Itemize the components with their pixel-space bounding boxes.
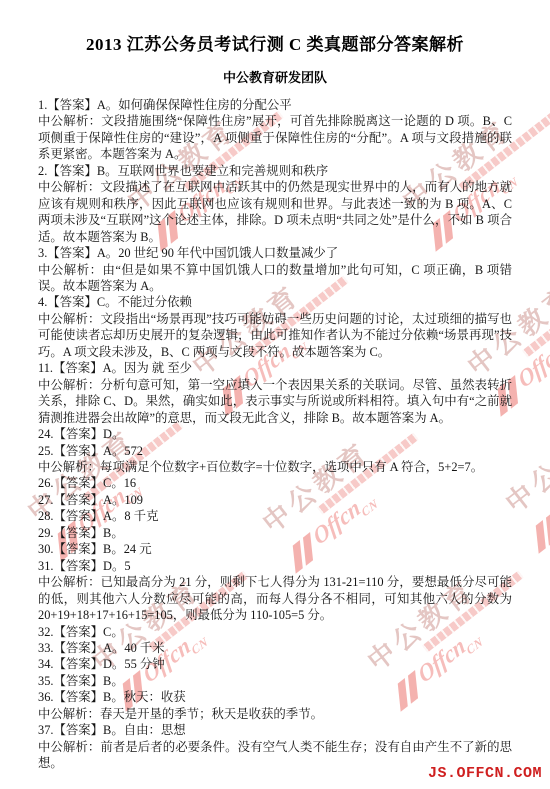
answer-line-q34: 34.【答案】D。55 分钟 xyxy=(38,656,512,672)
answer-line-q33: 33.【答案】A。40 千米 xyxy=(38,640,512,656)
answer-line-q25: 25.【答案】A。572 xyxy=(38,443,512,459)
analysis-q25: 中公解析：每项满足个位数字+百位数字=十位数字，选项中只有 A 符合，5+2=7… xyxy=(38,459,512,475)
page-title: 2013 江苏公务员考试行测 C 类真题部分答案解析 xyxy=(0,30,550,55)
answer-line-q3: 3.【答案】A。20 世纪 90 年代中国饥饿人口数量减少了 xyxy=(38,245,512,261)
analysis-q11: 中公解析：分析句意可知，第一空应填入一个表因果关系的关联词。尽管、虽然表转折关系… xyxy=(38,377,512,426)
watermark-ribbon xyxy=(522,276,550,358)
answer-line-q24: 24.【答案】D。 xyxy=(38,426,512,442)
answer-line-q31: 31.【答案】D。5 xyxy=(38,558,512,574)
answer-line-q32: 32.【答案】C。 xyxy=(38,624,512,640)
footer-site-url[interactable]: JS.OFFCN.COM xyxy=(428,765,542,782)
answer-line-q11: 11.【答案】A。因为 就 至少 xyxy=(38,360,512,376)
answer-line-q2: 2.【答案】B。互联网世界也要建立和完善规则和秩序 xyxy=(38,163,512,179)
answer-line-q35: 35.【答案】B。 xyxy=(38,673,512,689)
answer-line-q30: 30.【答案】B。24 元 xyxy=(38,541,512,557)
document-header: 2013 江苏公务员考试行测 C 类真题部分答案解析 中公教育研发团队 xyxy=(0,30,550,86)
answer-line-q36: 36.【答案】B。秋天：收获 xyxy=(38,689,512,705)
page-subtitle: 中公教育研发团队 xyxy=(0,67,550,86)
analysis-q2: 中公解析：文段描述了在互联网中活跃其中的仍然是现实世界中的人，而有人的地方就应该… xyxy=(38,179,512,245)
offcn-swoosh-icon xyxy=(535,520,545,554)
analysis-q3: 中公解析：由“但是如果不算中国饥饿人口的数量增加”此句可知，C 项正确，B 项错… xyxy=(38,262,512,295)
offcn-logo-text: OffcnCN xyxy=(515,326,550,395)
answer-line-q26: 26.【答案】C。16 xyxy=(38,475,512,491)
answer-line-q1: 1.【答案】A。如何确保保障性住房的分配公平 xyxy=(38,97,512,113)
answer-line-q37: 37.【答案】B。自由：思想 xyxy=(38,722,512,738)
answer-line-q29: 29.【答案】B。 xyxy=(38,525,512,541)
answer-key-body: 1.【答案】A。如何确保保障性住房的分配公平 中公解析：文段措施围绕“保障性住房… xyxy=(38,97,512,772)
answer-line-q28: 28.【答案】A。8 千克 xyxy=(38,508,512,524)
answer-line-q4: 4.【答案】C。不能过分依赖 xyxy=(38,294,512,310)
analysis-q1: 中公解析：文段措施围绕“保障性住房”展开，可首先排除脱离这一论题的 D 项。B、… xyxy=(38,113,512,162)
analysis-q31: 中公解析：已知最高分为 21 分，则剩下七人得分为 131-21=110 分，要… xyxy=(38,574,512,623)
analysis-q36: 中公解析：春天是开垦的季节；秋天是收获的季节。 xyxy=(38,706,512,722)
analysis-q4: 中公解析：文段指出“场景再现”技巧可能妨碍一些历史问题的讨论，太过琐细的描写也可… xyxy=(38,311,512,360)
answer-line-q27: 27.【答案】A。109 xyxy=(38,492,512,508)
